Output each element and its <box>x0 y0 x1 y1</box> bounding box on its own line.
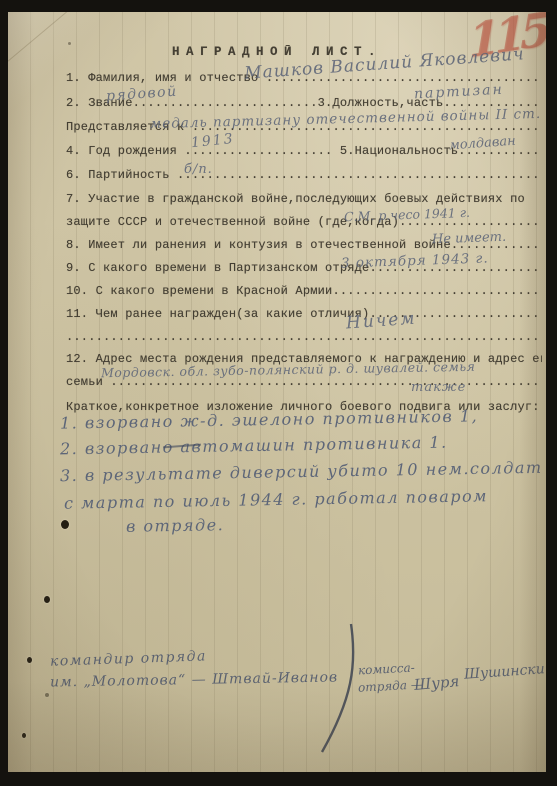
punch-hole <box>61 520 69 529</box>
scanned-document: 1153 НАГРАДНОЙ ЛИСТ. 1. Фамилия, имя и о… <box>0 0 557 786</box>
punch-hole <box>27 657 32 663</box>
field-party-line: 6. Партийность .........................… <box>66 168 542 182</box>
field-red-army-since-line: 10. С какого времени в Красной Армии....… <box>66 284 542 298</box>
hw-address-cont: также <box>411 380 466 395</box>
war-line-pre: защите СССР и <box>66 215 170 229</box>
hw-party-status: б/п. <box>184 162 213 177</box>
signature-commissar-name1: Шуря <box>413 672 460 694</box>
war-line-underlined: отечественной войне <box>170 215 311 229</box>
paper-speck <box>68 42 71 45</box>
punch-hole <box>22 733 26 738</box>
signature-commissar-line1: комисса- <box>358 661 415 678</box>
punch-hole <box>45 693 49 697</box>
hw-feat-3: 3. в результате диверсий убито 10 нем.со… <box>60 458 543 485</box>
field-previous-awards-dots: ........................................… <box>66 330 542 344</box>
hw-feat-4: с марта по июль 1944 г. работал поваром <box>64 486 488 512</box>
signature-commissar-name2: Шушински <box>464 661 546 683</box>
hw-feat-5: в отряде. <box>126 515 225 536</box>
field-previous-awards-line: 11. Чем ранее награжден(за какие отличия… <box>66 307 542 321</box>
punch-hole <box>44 596 50 603</box>
signature-commander-line2: им. „Молотова“ — Штвай-Иванов <box>50 669 338 690</box>
field-war-participation-line2: защите СССР и отечественной войне (где,к… <box>66 215 542 229</box>
award-sheet-paper: 1153 НАГРАДНОЙ ЛИСТ. 1. Фамилия, имя и о… <box>8 12 546 772</box>
hw-feat-2: 2. взорвано автомашин противника 1. <box>60 433 448 459</box>
signature-commander-line1: командир отряда <box>50 648 207 669</box>
hw-wounds: Не имеет. <box>432 230 507 248</box>
field-war-participation-line1: 7. Участие в гражданской войне,последующ… <box>66 192 542 206</box>
